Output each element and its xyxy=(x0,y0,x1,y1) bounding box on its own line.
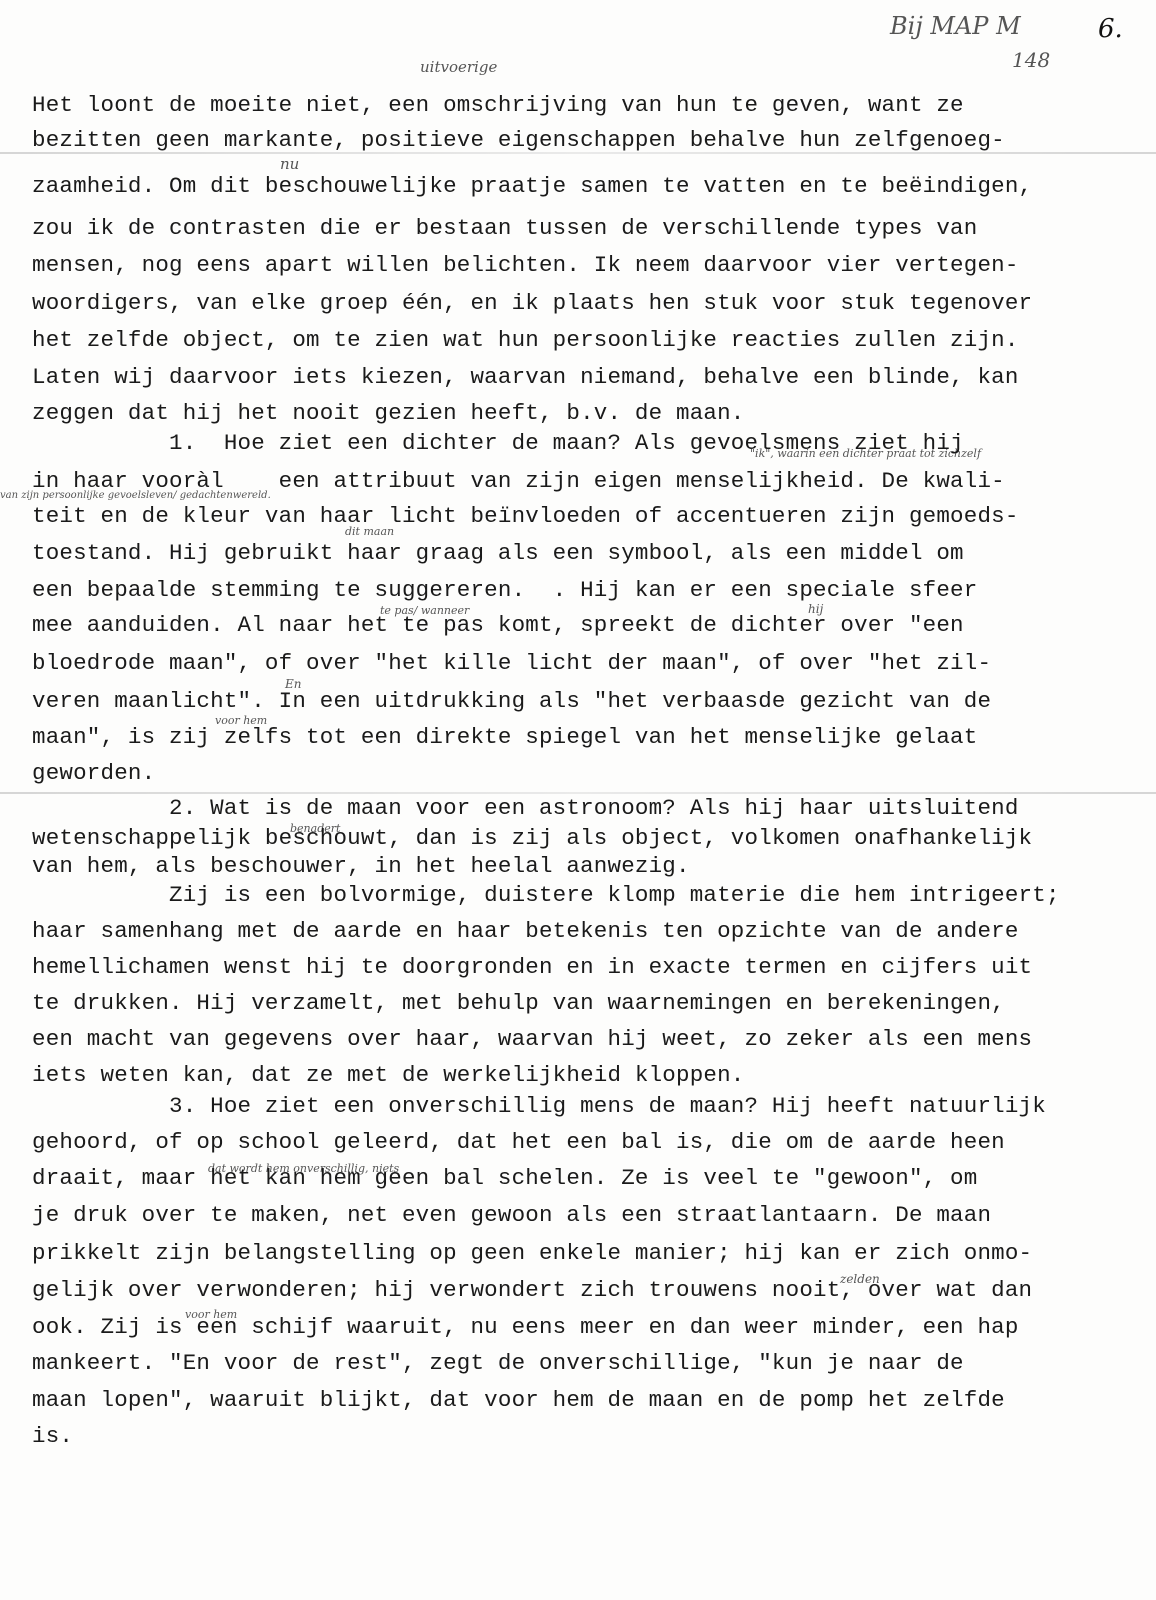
annotation-nu: nu xyxy=(280,155,299,173)
archive-reference-note: Bij MAP M xyxy=(890,12,1021,40)
text-line: mankeert. "En voor de rest", zegt de onv… xyxy=(32,1350,964,1376)
text-line: maan", is zij zelfs tot een direkte spie… xyxy=(32,724,977,750)
text-line: te drukken. Hij verzamelt, met behulp va… xyxy=(32,990,1005,1016)
text-line: 2. Wat is de maan voor een astronoom? Al… xyxy=(32,795,1019,821)
text-line: geworden. xyxy=(32,760,155,786)
text-line: is. xyxy=(32,1423,73,1449)
text-line: in haar vooràl een attribuut van zijn ei… xyxy=(32,468,1005,494)
text-line: bezitten geen markante, positieve eigens… xyxy=(32,127,1005,153)
text-line: 3. Hoe ziet een onverschillig mens de ma… xyxy=(32,1093,1046,1119)
text-line: zaamheid. Om dit beschouwelijke praatje … xyxy=(32,173,1032,199)
text-line: Het loont de moeite niet, een omschrijvi… xyxy=(32,92,964,118)
paper-fold-line xyxy=(0,792,1156,794)
text-line: mensen, nog eens apart willen belichten.… xyxy=(32,252,1019,278)
text-line: Laten wij daarvoor iets kiezen, waarvan … xyxy=(32,364,1019,390)
text-line: zeggen dat hij het nooit gezien heeft, b… xyxy=(32,400,745,426)
text-line: maan lopen", waaruit blijkt, dat voor he… xyxy=(32,1387,1005,1413)
text-line: toestand. Hij gebruikt haar graag als ee… xyxy=(32,540,964,566)
text-line: draait, maar het kan hem geen bal schele… xyxy=(32,1165,977,1191)
text-line: het zelfde object, om te zien wat hun pe… xyxy=(32,327,1019,353)
text-line: zou ik de contrasten die er bestaan tuss… xyxy=(32,215,977,241)
page-number: 6. xyxy=(1098,14,1123,44)
archive-number-note: 148 xyxy=(1012,48,1050,72)
text-line: iets weten kan, dat ze met de werkelijkh… xyxy=(32,1062,745,1088)
text-line: van hem, als beschouwer, in het heelal a… xyxy=(32,853,690,879)
text-line: gehoord, of op school geleerd, dat het e… xyxy=(32,1129,1005,1155)
text-line: een bepaalde stemming te suggereren. . H… xyxy=(32,577,977,603)
text-line: haar samenhang met de aarde en haar bete… xyxy=(32,918,1019,944)
text-line: mee aanduiden. Al naar het te pas komt, … xyxy=(32,612,964,638)
text-line: woordigers, van elke groep één, en ik pl… xyxy=(32,290,1032,316)
text-line: een macht van gegevens over haar, waarva… xyxy=(32,1026,1032,1052)
text-line: prikkelt zijn belangstelling op geen enk… xyxy=(32,1240,1032,1266)
text-line: 1. Hoe ziet een dichter de maan? Als gev… xyxy=(32,430,964,456)
annotation-uitvoerige: uitvoerige xyxy=(420,58,497,76)
text-line: Zij is een bolvormige, duistere klomp ma… xyxy=(32,882,1060,908)
typewritten-page: Bij MAP M 148 6. uitvoerige nu "ik", waa… xyxy=(0,0,1156,1600)
text-line: gelijk over verwonderen; hij verwondert … xyxy=(32,1277,1032,1303)
text-line: je druk over te maken, net even gewoon a… xyxy=(32,1202,991,1228)
text-line: bloedrode maan", of over "het kille lich… xyxy=(32,650,991,676)
text-line: veren maanlicht". In een uitdrukking als… xyxy=(32,688,991,714)
text-line: hemellichamen wenst hij te doorgronden e… xyxy=(32,954,1032,980)
text-line: wetenschappelijk beschouwt, dan is zij a… xyxy=(32,825,1032,851)
text-line: teit en de kleur van haar licht beïnvloe… xyxy=(32,503,1019,529)
text-line: ook. Zij is een schijf waaruit, nu eens … xyxy=(32,1314,1019,1340)
